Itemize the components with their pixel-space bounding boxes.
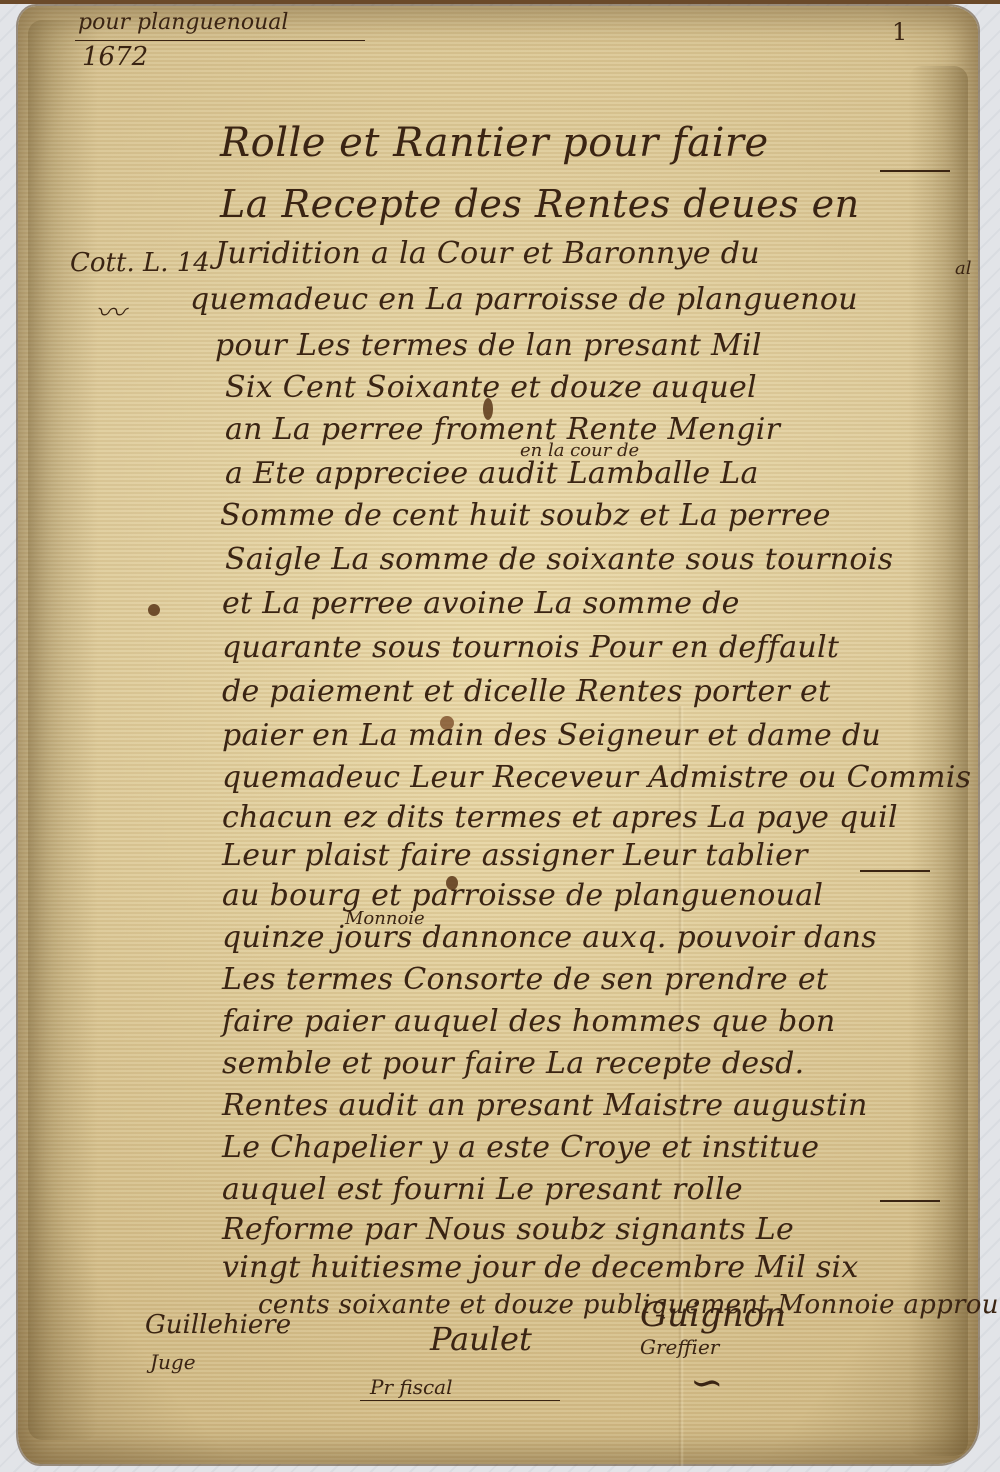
body-line-24: Reforme par Nous soubz signants Le xyxy=(222,1212,794,1247)
page-number: 1 xyxy=(892,18,907,46)
body-line-26: cents soixante et douze publiquement Mon… xyxy=(258,1290,999,1320)
signature-fiscal-role: Pr fiscal xyxy=(370,1375,453,1399)
body-line-16: au bourg et parroisse de planguenoual xyxy=(222,878,823,913)
body-line-10: quarante sous tournois Pour en deffault xyxy=(222,630,839,665)
margin-flourish: 〰 xyxy=(95,288,125,332)
body-line-20: semble et pour faire La recepte desd. xyxy=(222,1046,804,1081)
body-line-22: Le Chapelier y a este Croye et institue xyxy=(222,1130,819,1165)
body-line-21: Rentes audit an presant Maistre augustin xyxy=(222,1088,868,1123)
margin-reference: Cott. L. 14 xyxy=(70,248,210,278)
body-line-8: Saigle La somme de soixante sous tournoi… xyxy=(225,542,893,577)
body-line-7: Somme de cent huit soubz et La perree xyxy=(220,498,831,533)
body-line-13: quemadeuc Leur Receveur Admistre ou Comm… xyxy=(222,760,971,795)
signature-judge-role: Juge xyxy=(150,1350,196,1374)
body-line-2: quemadeuc en La parroisse de planguenou xyxy=(190,282,858,317)
body-line-14: chacun ez dits termes et apres La paye q… xyxy=(222,800,898,835)
body-line-19: faire paier auquel des hommes que bon xyxy=(222,1004,836,1039)
title-line-1: Rolle et Rantier pour faire xyxy=(220,120,769,166)
signature-flourish: ∽ xyxy=(690,1360,724,1406)
signature-greffier-role: Greffier xyxy=(640,1335,719,1359)
body-line-5: an La perree froment Rente Mengir xyxy=(225,412,780,447)
body-line-9: et La perree avoine La somme de xyxy=(222,586,740,621)
body-line-12: paier en La main des Seigneur et dame du xyxy=(222,718,881,753)
signature-underline xyxy=(360,1400,560,1401)
body-line-15: Leur plaist faire assigner Leur tablier xyxy=(222,838,808,873)
header-note-parish: pour planguenoual xyxy=(78,10,288,35)
body-line-6: a Ete appreciee audit Lamballe La xyxy=(225,456,759,491)
line-filler xyxy=(880,170,950,172)
frame-edge xyxy=(0,0,1000,4)
body-line-3: pour Les termes de lan presant Mil xyxy=(215,328,762,363)
signature-fiscal: Paulet xyxy=(430,1320,532,1358)
title-line-2: La Recepte des Rentes deues en xyxy=(220,182,860,226)
signature-judge: Guillehiere xyxy=(145,1310,291,1340)
body-line-1: Juridition a la Cour et Baronnye du xyxy=(215,236,760,271)
line-filler xyxy=(860,870,930,872)
signature-greffier: Guignon xyxy=(640,1295,786,1335)
body-line-17: quinze jours dannonce auxq. pouvoir dans xyxy=(222,920,877,955)
body-line-23: auquel est fourni Le presant rolle xyxy=(222,1172,743,1207)
body-line-11: de paiement et dicelle Rentes porter et xyxy=(222,674,830,709)
header-underline xyxy=(75,40,365,41)
ink-blot xyxy=(148,604,160,616)
line-filler xyxy=(880,1200,940,1202)
interlinear-al: al xyxy=(955,258,972,279)
header-year: 1672 xyxy=(82,42,148,72)
body-line-25: vingt huitiesme jour de decembre Mil six xyxy=(222,1250,859,1285)
body-line-4: Six Cent Soixante et douze auquel xyxy=(225,370,757,405)
body-line-18: Les termes Consorte de sen prendre et xyxy=(222,962,828,997)
